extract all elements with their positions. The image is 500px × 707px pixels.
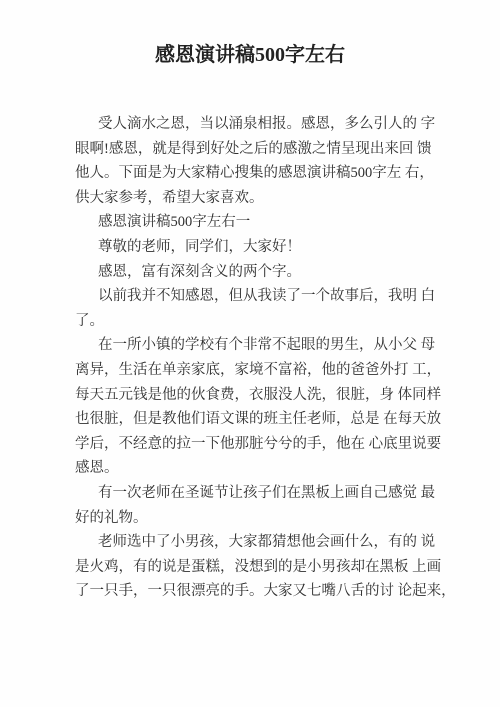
- paragraph-christmas: 有一次老师在圣诞节让孩子们在黑板上画自己感觉 最 好的礼物。: [75, 481, 445, 530]
- paragraph-subtitle: 感恩演讲稿500字左右一: [75, 210, 445, 235]
- paragraph-story-lead: 以前我并不知感恩，但从我读了一个故事后，我明 白 了。: [75, 284, 445, 333]
- document-page: 感恩演讲稿500字左右 受人滴水之恩，当以涌泉相报。感恩，多么引人的 字 眼啊!…: [0, 0, 500, 707]
- document-body: 受人滴水之恩，当以涌泉相报。感恩，多么引人的 字 眼啊!感恩，就是得到好处之后的…: [75, 112, 445, 604]
- paragraph-intro: 受人滴水之恩，当以涌泉相报。感恩，多么引人的 字 眼啊!感恩，就是得到好处之后的…: [75, 112, 445, 210]
- paragraph-greeting: 尊敬的老师，同学们，大家好！: [75, 235, 445, 260]
- paragraph-boy-story: 在一所小镇的学校有个非常不起眼的男生，从小父 母 离异，生活在单亲家底，家境不富…: [75, 333, 445, 481]
- paragraph-definition: 感恩，富有深刻含义的两个字。: [75, 260, 445, 285]
- paragraph-drawing: 老师选中了小男孩，大家都猜想他会画什么，有的 说 是火鸡，有的说是蛋糕，没想到的…: [75, 530, 445, 604]
- document-title: 感恩演讲稿500字左右: [0, 42, 500, 68]
